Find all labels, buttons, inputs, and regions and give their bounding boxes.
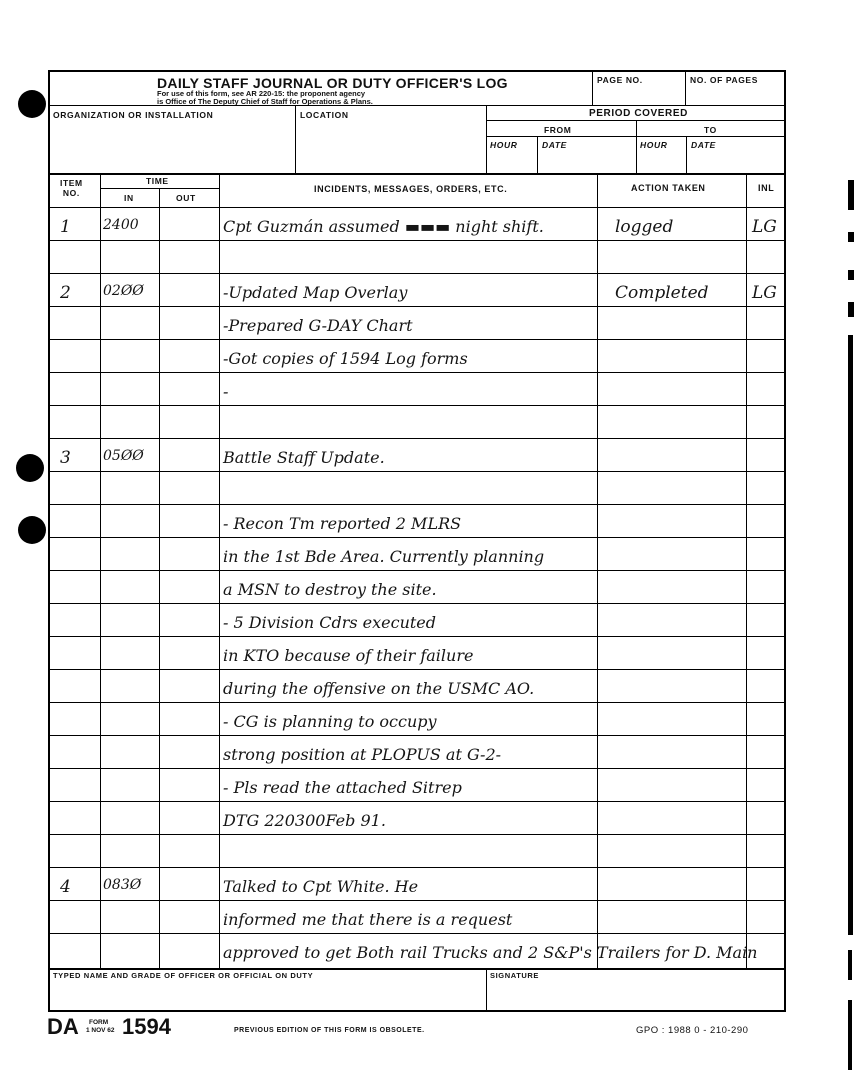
incident-cell[interactable]: - 5 Division Cdrs executed bbox=[223, 613, 436, 632]
to-date-field[interactable] bbox=[688, 150, 784, 170]
action-taken-cell[interactable]: Completed bbox=[615, 283, 709, 303]
header-time-out: OUT bbox=[176, 193, 196, 203]
incident-cell[interactable]: -Prepared G-DAY Chart bbox=[223, 316, 413, 335]
time-in-cell[interactable]: 05ØØ bbox=[103, 448, 144, 464]
from-date-label: DATE bbox=[542, 140, 567, 150]
organization-field[interactable] bbox=[50, 122, 293, 170]
item-no-cell[interactable]: 2 bbox=[60, 283, 71, 303]
location-field[interactable] bbox=[297, 122, 485, 170]
period-covered-label: PERIOD COVERED bbox=[589, 108, 688, 119]
table-row bbox=[48, 405, 786, 438]
form-number: 1594 bbox=[122, 1014, 171, 1040]
table-row bbox=[48, 240, 786, 273]
typed-name-label: TYPED NAME AND GRADE OF OFFICER OR OFFIC… bbox=[53, 971, 313, 980]
incident-cell[interactable]: during the offensive on the USMC AO. bbox=[223, 679, 534, 698]
location-label: LOCATION bbox=[300, 110, 349, 120]
no-of-pages-field[interactable] bbox=[687, 86, 784, 104]
scan-edge-mark bbox=[848, 232, 854, 242]
incident-cell[interactable]: -Updated Map Overlay bbox=[223, 283, 407, 302]
to-label: TO bbox=[704, 125, 717, 135]
from-hour-field[interactable] bbox=[488, 150, 536, 170]
incident-cell[interactable]: Talked to Cpt White. He bbox=[223, 877, 418, 896]
incident-cell[interactable]: approved to get Both rail Trucks and 2 S… bbox=[223, 943, 757, 962]
header-item-no: ITEM NO. bbox=[60, 178, 83, 198]
header-initials: INL bbox=[758, 183, 774, 193]
form-word: FORM bbox=[89, 1019, 108, 1026]
typed-name-field[interactable] bbox=[50, 982, 482, 1010]
scan-edge-mark bbox=[848, 335, 853, 935]
incident-cell[interactable]: strong position at PLOPUS at G-2- bbox=[223, 745, 501, 764]
scan-edge-mark bbox=[848, 180, 854, 210]
punch-hole-top bbox=[18, 90, 46, 118]
scan-edge-mark bbox=[848, 950, 852, 980]
action-taken-cell[interactable]: logged bbox=[615, 217, 673, 237]
scan-edge-mark bbox=[848, 302, 854, 317]
incident-cell[interactable]: Cpt Guzmán assumed ▬▬▬ night shift. bbox=[223, 217, 544, 236]
initials-cell[interactable]: LG bbox=[752, 283, 777, 303]
from-date-field[interactable] bbox=[539, 150, 635, 170]
header-action-taken: ACTION TAKEN bbox=[631, 183, 706, 193]
obsolete-notice: PREVIOUS EDITION OF THIS FORM IS OBSOLET… bbox=[234, 1027, 425, 1034]
signature-field[interactable] bbox=[489, 982, 783, 1010]
header-incidents: INCIDENTS, MESSAGES, ORDERS, ETC. bbox=[314, 184, 507, 194]
header-time: TIME bbox=[146, 176, 169, 186]
punch-hole-bottom bbox=[18, 516, 46, 544]
time-in-cell[interactable]: 083Ø bbox=[103, 877, 141, 893]
signature-label: SIGNATURE bbox=[490, 971, 539, 980]
table-row bbox=[48, 471, 786, 504]
item-no-cell[interactable]: 4 bbox=[60, 877, 71, 897]
scan-edge-mark bbox=[848, 1000, 852, 1070]
incident-cell[interactable]: - CG is planning to occupy bbox=[223, 712, 437, 731]
incident-cell[interactable]: - bbox=[223, 382, 228, 401]
table-row bbox=[48, 834, 786, 867]
header-time-in: IN bbox=[124, 193, 134, 203]
table-row bbox=[48, 306, 786, 339]
page-no-field[interactable] bbox=[594, 86, 684, 104]
item-no-cell[interactable]: 1 bbox=[60, 217, 71, 237]
to-date-label: DATE bbox=[691, 140, 716, 150]
from-label: FROM bbox=[544, 125, 571, 135]
scan-edge-mark bbox=[848, 270, 854, 280]
incident-cell[interactable]: in KTO because of their failure bbox=[223, 646, 473, 665]
incident-cell[interactable]: DTG 220300Feb 91. bbox=[223, 811, 386, 830]
form-da-prefix: DA bbox=[47, 1014, 79, 1040]
incident-cell[interactable]: Battle Staff Update. bbox=[223, 448, 385, 467]
form-edition-date: 1 NOV 62 bbox=[86, 1027, 115, 1034]
to-hour-label: HOUR bbox=[640, 140, 667, 150]
time-in-cell[interactable]: 02ØØ bbox=[103, 283, 144, 299]
page-no-label: PAGE NO. bbox=[597, 75, 643, 85]
gpo-number: GPO : 1988 0 - 210-290 bbox=[636, 1025, 748, 1036]
incident-cell[interactable]: - Pls read the attached Sitrep bbox=[223, 778, 462, 797]
no-of-pages-label: NO. OF PAGES bbox=[690, 75, 758, 85]
incident-cell[interactable]: -Got copies of 1594 Log forms bbox=[223, 349, 468, 368]
incident-cell[interactable]: informed me that there is a request bbox=[223, 910, 512, 929]
table-row bbox=[48, 372, 786, 405]
organization-label: ORGANIZATION OR INSTALLATION bbox=[53, 110, 213, 120]
item-no-cell[interactable]: 3 bbox=[60, 448, 71, 468]
time-in-cell[interactable]: 2400 bbox=[103, 217, 139, 233]
from-hour-label: HOUR bbox=[490, 140, 517, 150]
incident-cell[interactable]: in the 1st Bde Area. Currently planning bbox=[223, 547, 544, 566]
table-row bbox=[48, 438, 786, 471]
initials-cell[interactable]: LG bbox=[752, 217, 777, 237]
incident-cell[interactable]: - Recon Tm reported 2 MLRS bbox=[223, 514, 461, 533]
incident-cell[interactable]: a MSN to destroy the site. bbox=[223, 580, 437, 599]
punch-hole-middle bbox=[16, 454, 44, 482]
to-hour-field[interactable] bbox=[638, 150, 685, 170]
table-row bbox=[48, 801, 786, 834]
